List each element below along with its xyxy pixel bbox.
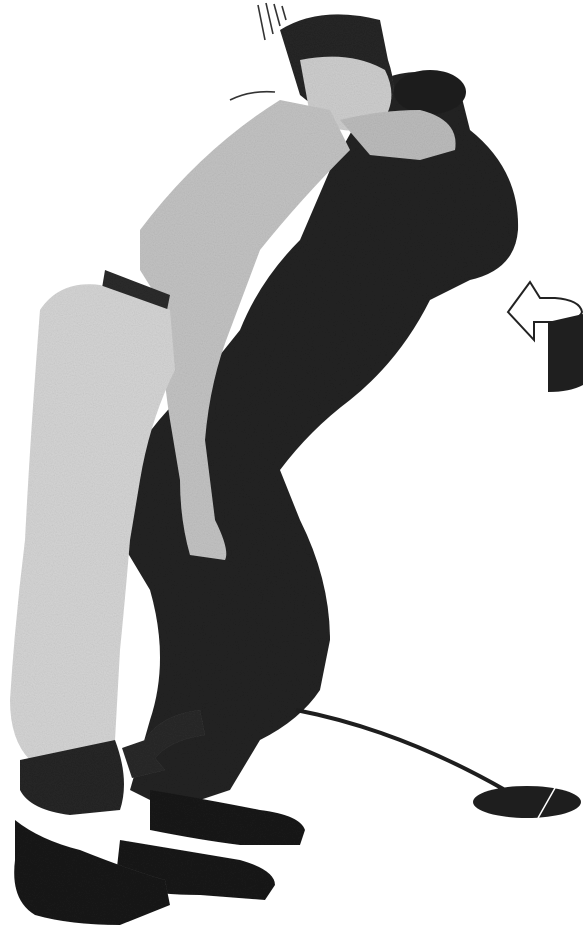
motion-lines	[230, 3, 286, 100]
photograph	[0, 0, 586, 936]
foot-placement-marker	[296, 710, 581, 818]
rotation-arrow-icon	[508, 282, 583, 392]
